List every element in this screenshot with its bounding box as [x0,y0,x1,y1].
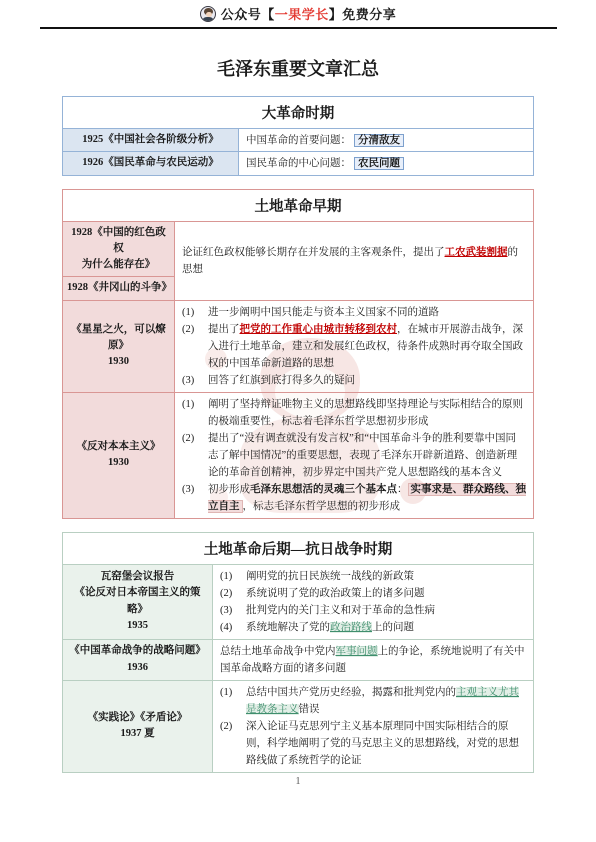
list-number: (4) [220,619,246,636]
list-item-text: 阐明党的抗日民族统一战线的新政策 [246,568,526,585]
list-item-text: 深入论证马克思列宁主义基本原理同中国实际相结合的原则，科学地阐明了党的马克思主义… [246,718,526,769]
work-title-cell: 1928《中国的红色政权为什么能存在》 [63,222,174,277]
text-segment: ： [397,484,408,495]
text-segment: 深入论证马克思列宁主义基本原理同中国实际相结合的原则，科学地阐明了党的马克思主义… [246,721,519,766]
table-row: 1928《中国的红色政权为什么能存在》1928《井冈山的斗争》论证红色政权能够长… [63,221,533,300]
work-title-line: 1930 [67,354,170,370]
list-item-text: 回答了红旗到底打得多久的疑问 [208,372,526,389]
content-cell: (1)阐明党的抗日民族统一战线的新政策(2)系统说明了党的政治政策上的诸多问题(… [213,565,533,639]
list-number: (3) [182,372,208,389]
brand-name: 一果学长 [275,7,329,22]
list-number: (2) [220,718,246,735]
list-item-text: 阐明了坚持辩证唯物主义的思想路线即坚持理论与实际相结合的原则的极端重要性，标志着… [208,396,526,430]
list-item-text: 提出了把党的工作重心由城市转移到农村，在城市开展游击战争，深入进行土地革命，建立… [208,321,526,372]
text-segment: 错误 [299,704,320,715]
list-number: (1) [220,684,246,701]
text-segment: 系统说明了党的政治政策上的诸多问题 [246,588,425,599]
table-row: 《中国革命战争的战略问题》1936总结土地革命战争中党内军事问题上的争论，系统地… [63,639,533,680]
content-paragraph: 国民革命的中心问题：农民问题 [246,155,526,172]
work-title-line: 1935 [67,618,208,634]
list-item-text: 进一步阐明中国只能走与资本主义国家不同的道路 [208,304,526,321]
content-cell: (1)总结中国共产党历史经验，揭露和批判党内的主观主义尤其是教条主义错误(2)深… [213,681,533,772]
list-item: (1)进一步阐明中国只能走与资本主义国家不同的道路 [182,304,526,321]
content-paragraph: 中国革命的首要问题：分清敌友 [246,132,526,149]
brand-text-prefix: 公众号【 [221,7,275,22]
work-title-column: 《中国革命战争的战略问题》1936 [63,640,213,680]
work-title-line: 1925《中国社会各阶级分析》 [67,132,234,148]
work-title-line: 1928《中国的红色政权 [67,225,170,258]
content-paragraph: 论证红色政权能够长期存在并发展的主客观条件，提出了工农武装割据的思想 [182,244,526,278]
highlight-term: 把党的工作重心由城市转移到农村 [240,324,398,335]
work-title-line: 1928《井冈山的斗争》 [67,280,170,296]
highlight-term: 政治路线 [330,622,372,633]
text-segment: 论证红色政权能够长期存在并发展的主客观条件，提出了 [182,247,445,258]
content-cell: (1)阐明了坚持辩证唯物主义的思想路线即坚持理论与实际相结合的原则的极端重要性，… [175,393,533,518]
work-title-line: 《中国革命战争的战略问题》 [67,643,208,659]
list-item-text: 系统地解决了党的政治路线上的问题 [246,619,526,636]
highlight-term: 农民问题 [354,157,404,170]
content-cell: (1)进一步阐明中国只能走与资本主义国家不同的道路(2)提出了把党的工作重心由城… [175,301,533,392]
list-item: (3)初步形成毛泽东思想活的灵魂三个基本点：实事求是、群众路线、独立自主，标志毛… [182,481,526,515]
brand-text-suffix: 】免费分享 [329,7,397,22]
content-cell: 中国革命的首要问题：分清敌友 [239,129,533,151]
highlight-term: 军事问题 [336,646,378,657]
list-item-text: 初步形成毛泽东思想活的灵魂三个基本点：实事求是、群众路线、独立自主，标志毛泽东哲… [208,481,526,515]
list-item-text: 提出了“没有调查就没有发言权”和“中国革命斗争的胜利要靠中国同志了解中国情况”的… [208,430,526,481]
list-item: (2)提出了“没有调查就没有发言权”和“中国革命斗争的胜利要靠中国同志了解中国情… [182,430,526,481]
text-segment: ，标志毛泽东哲学思想的初步形成 [243,501,401,512]
highlight-term: 毛泽东思想活的灵魂三个基本点 [250,484,397,495]
work-title-line: 1936 [67,660,208,676]
table-row: 《反对本本主义》1930(1)阐明了坚持辩证唯物主义的思想路线即坚持理论与实际相… [63,392,533,518]
text-segment: 中国革命的首要问题： [246,135,351,146]
work-title-line: 瓦窑堡会议报告 [67,569,208,585]
work-title-column: 《实践论》《矛盾论》1937 夏 [63,681,213,772]
table-period-header: 大革命时期 [63,97,533,128]
work-title-cell: 1928《井冈山的斗争》 [63,276,174,299]
list-item: (1)阐明了坚持辩证唯物主义的思想路线即坚持理论与实际相结合的原则的极端重要性，… [182,396,526,430]
text-segment: 回答了红旗到底打得多久的疑问 [208,375,355,386]
list-item: (3)回答了红旗到底打得多久的疑问 [182,372,526,389]
highlight-term: 分清敌友 [354,134,404,147]
table-da-geming: 大革命时期1925《中国社会各阶级分析》中国革命的首要问题：分清敌友1926《国… [62,96,534,176]
list-item-text: 批判党内的关门主义和对于革命的急性病 [246,602,526,619]
header-divider [40,27,557,29]
text-segment: 进一步阐明中国只能走与资本主义国家不同的道路 [208,307,439,318]
list-item-text: 系统说明了党的政治政策上的诸多问题 [246,585,526,602]
work-title-line: 1930 [67,455,170,471]
work-title-cell: 1925《中国社会各阶级分析》 [63,129,238,151]
work-title-cell: 瓦窑堡会议报告《论反对日本帝国主义的策略》1935 [63,565,212,639]
work-title-column: 《反对本本主义》1930 [63,393,175,518]
text-segment: 总结土地革命战争中党内 [220,646,336,657]
table-row: 《实践论》《矛盾论》1937 夏(1)总结中国共产党历史经验，揭露和批判党内的主… [63,680,533,772]
content-cell: 国民革命的中心问题：农民问题 [239,152,533,174]
text-segment: 提出了“没有调查就没有发言权”和“中国革命斗争的胜利要靠中国同志了解中国情况”的… [208,433,517,478]
table-row: 1925《中国社会各阶级分析》中国革命的首要问题：分清敌友 [63,128,533,151]
work-title-line: 《论反对日本帝国主义的策略》 [67,585,208,618]
text-segment: 初步形成 [208,484,250,495]
brand-avatar-icon [200,6,216,22]
work-title-line: 《实践论》《矛盾论》 [67,710,208,726]
text-segment: 国民革命的中心问题： [246,158,351,169]
content-cell: 论证红色政权能够长期存在并发展的主客观条件，提出了工农武装割据的思想 [175,222,533,300]
highlight-term: 工农武装割据 [445,247,508,258]
list-item: (2)深入论证马克思列宁主义基本原理同中国实际相结合的原则，科学地阐明了党的马克… [220,718,526,769]
work-title-cell: 《星星之火，可以燎原》1930 [63,301,174,392]
table-tudi-geming-zaoqi: 土地革命早期1928《中国的红色政权为什么能存在》1928《井冈山的斗争》论证红… [62,189,534,519]
text-segment: 批判党内的关门主义和对于革命的急性病 [246,605,435,616]
page-header: 公众号【一果学长】免费分享 [0,4,596,23]
list-number: (3) [182,481,208,498]
list-item: (2)系统说明了党的政治政策上的诸多问题 [220,585,526,602]
text-segment: 总结中国共产党历史经验，揭露和批判党内的 [246,687,456,698]
work-title-column: 《星星之火，可以燎原》1930 [63,301,175,392]
document-page: 公众号【一果学长】免费分享 毛泽东重要文章汇总 大革命时期1925《中国社会各阶… [0,0,596,842]
table-row: 《星星之火，可以燎原》1930(1)进一步阐明中国只能走与资本主义国家不同的道路… [63,300,533,392]
work-title-line: 《星星之火，可以燎原》 [67,322,170,355]
list-number: (2) [182,430,208,447]
list-item: (2)提出了把党的工作重心由城市转移到农村，在城市开展游击战争，深入进行土地革命… [182,321,526,372]
list-item: (1)总结中国共产党历史经验，揭露和批判党内的主观主义尤其是教条主义错误 [220,684,526,718]
list-number: (1) [182,396,208,413]
list-number: (1) [182,304,208,321]
content-cell: 总结土地革命战争中党内军事问题上的争论，系统地说明了有关中国革命战略方面的诸多问… [213,640,533,680]
work-title-line: 1937 夏 [67,726,208,742]
list-item: (1)阐明党的抗日民族统一战线的新政策 [220,568,526,585]
work-title-cell: 《实践论》《矛盾论》1937 夏 [63,681,212,772]
work-title-line: 为什么能存在》 [67,257,170,273]
list-item-text: 总结中国共产党历史经验，揭露和批判党内的主观主义尤其是教条主义错误 [246,684,526,718]
table-row: 瓦窑堡会议报告《论反对日本帝国主义的策略》1935(1)阐明党的抗日民族统一战线… [63,564,533,639]
work-title-cell: 《中国革命战争的战略问题》1936 [63,640,212,680]
work-title-line: 《反对本本主义》 [67,439,170,455]
list-item: (4)系统地解决了党的政治路线上的问题 [220,619,526,636]
list-number: (3) [220,602,246,619]
work-title-cell: 1926《国民革命与农民运动》 [63,152,238,174]
text-segment: 阐明党的抗日民族统一战线的新政策 [246,571,414,582]
work-title-column: 1925《中国社会各阶级分析》 [63,129,239,151]
table-period-header: 土地革命早期 [63,190,533,221]
page-title: 毛泽东重要文章汇总 [0,55,596,81]
table-tudi-houqi-kangri: 土地革命后期—抗日战争时期瓦窑堡会议报告《论反对日本帝国主义的策略》1935(1… [62,532,534,773]
list-number: (2) [182,321,208,338]
table-row: 1926《国民革命与农民运动》国民革命的中心问题：农民问题 [63,151,533,174]
list-number: (1) [220,568,246,585]
work-title-line: 1926《国民革命与农民运动》 [67,155,234,171]
text-segment: 阐明了坚持辩证唯物主义的思想路线即坚持理论与实际相结合的原则的极端重要性，标志着… [208,399,523,427]
work-title-column: 1928《中国的红色政权为什么能存在》1928《井冈山的斗争》 [63,222,175,300]
list-item: (3)批判党内的关门主义和对于革命的急性病 [220,602,526,619]
tables-container: 大革命时期1925《中国社会各阶级分析》中国革命的首要问题：分清敌友1926《国… [62,96,534,786]
work-title-column: 瓦窑堡会议报告《论反对日本帝国主义的策略》1935 [63,565,213,639]
work-title-cell: 《反对本本主义》1930 [63,393,174,518]
table-period-header: 土地革命后期—抗日战争时期 [63,533,533,564]
content-paragraph: 总结土地革命战争中党内军事问题上的争论，系统地说明了有关中国革命战略方面的诸多问… [220,643,526,677]
text-segment: 提出了 [208,324,240,335]
text-segment: 系统地解决了党的 [246,622,330,633]
work-title-column: 1926《国民革命与农民运动》 [63,152,239,174]
list-number: (2) [220,585,246,602]
text-segment: 上的问题 [372,622,414,633]
